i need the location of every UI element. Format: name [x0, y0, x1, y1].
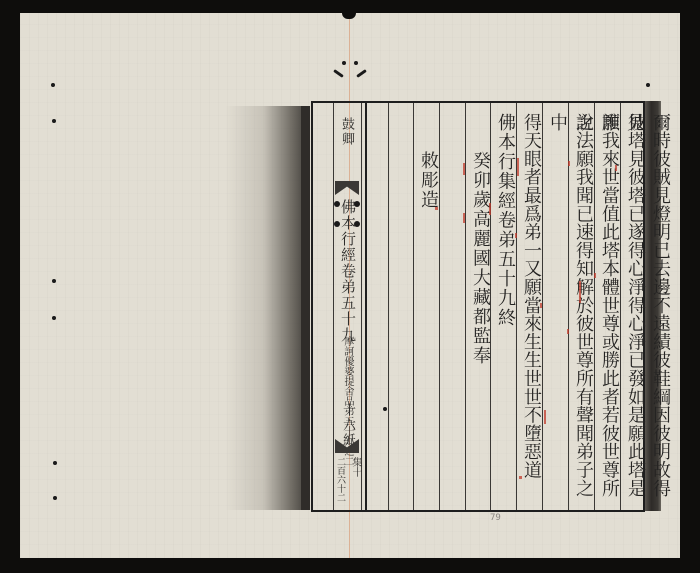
red-annotation-mark: [463, 213, 465, 223]
strip-top-label: 鼓卿: [337, 117, 356, 147]
column-rule: [465, 103, 466, 510]
binding-hole-dot: [52, 119, 56, 123]
page-number: 79: [490, 513, 501, 523]
red-annotation-mark: [515, 233, 517, 238]
red-annotation-mark: [463, 163, 465, 175]
binding-hole-dot: [53, 496, 57, 500]
strip-bottom-right: 集十: [348, 457, 363, 477]
text-column-colophon-date: 癸卯歲高麗國大藏都監奉: [467, 151, 493, 366]
red-annotation-mark: [489, 203, 491, 215]
red-annotation-mark: [540, 303, 542, 308]
text-column-colophon-decree: 敇彫造: [415, 151, 441, 210]
binding-hole-dot: [52, 279, 56, 283]
column-rule: [361, 103, 362, 510]
text-column-5: 得天眼者最爲弟一又願當來生生世世不墮惡道: [518, 113, 544, 479]
column-rule: [413, 103, 414, 510]
binding-hole-dot: [53, 461, 57, 465]
strip-title: 佛本行經卷弟五十九: [338, 199, 359, 343]
column-rule: [388, 103, 389, 510]
binding-hole-dot: [52, 316, 56, 320]
text-frame: 鼓卿 佛本行經卷弟五十九 摩訶優婆提舍品弟五十九之二 十六紙 二百六十二 集十 …: [311, 101, 645, 512]
binding-hole-dot: [646, 83, 650, 87]
red-annotation-mark: [544, 410, 546, 424]
red-annotation-mark: [435, 207, 438, 210]
red-annotation-mark: [594, 273, 596, 278]
frame-rule-left: [311, 103, 313, 510]
red-annotation-mark: [568, 161, 570, 166]
text-column-colophon-title: 佛本行集經卷弟五十九終: [492, 113, 518, 328]
registration-mark-dot: [354, 61, 358, 65]
fish-tail-top: [335, 181, 359, 195]
registration-mark-dot: [342, 61, 346, 65]
binding-hole-dot: [51, 83, 55, 87]
strip-sheet-number: 十六紙: [338, 403, 357, 448]
red-annotation-mark: [615, 165, 617, 171]
column-rule: [365, 103, 367, 510]
red-annotation-mark: [519, 476, 522, 479]
red-annotation-mark: [517, 158, 519, 176]
text-column-4: 之法願我聞已速得知解於彼世尊所有聲聞弟子之中: [544, 113, 596, 510]
red-annotation-mark: [579, 281, 581, 303]
red-annotation-mark: [567, 329, 569, 334]
column-rule: [333, 103, 334, 510]
strip-bottom-left: 二百六十二: [334, 457, 347, 502]
center-strip: 鼓卿 佛本行經卷弟五十九 摩訶優婆提舍品弟五十九之二 十六紙 二百六十二 集十: [335, 103, 359, 510]
previous-page-shadow: [225, 106, 310, 510]
